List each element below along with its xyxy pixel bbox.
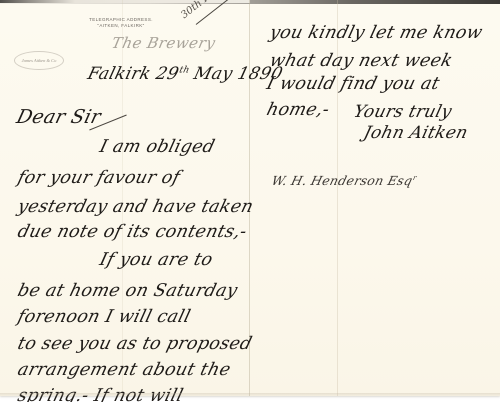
salutation: Dear Sir <box>14 106 103 128</box>
letter-scan: TELEGRAPHIC ADDRESS. "AITKEN, FALKIRK" J… <box>0 0 500 402</box>
body-line: for your favour of <box>16 168 183 188</box>
telegraphic-label: TELEGRAPHIC ADDRESS. <box>86 17 156 23</box>
body-line: forenoon I will call <box>16 307 193 327</box>
letter-date: Falkirk 29th May 1890 <box>86 64 285 84</box>
body-line: arrangement about the <box>16 360 233 380</box>
body-line: be at home on Saturday <box>16 281 240 301</box>
body-line: yesterday and have taken <box>16 197 256 217</box>
page-bottom-shadow <box>0 393 500 397</box>
scan-top-edge-left <box>0 0 250 3</box>
body-line: you kindly let me know <box>268 23 485 43</box>
letter-closing: Yours truly <box>352 102 454 122</box>
addressee-name: W. H. Henderson Esq <box>270 173 414 188</box>
body-line: home,- <box>265 100 332 120</box>
body-line: what day next week <box>268 51 455 71</box>
embossed-stamp: James Aitken & Co <box>14 51 64 70</box>
addressee-suffix: r <box>412 174 418 182</box>
addressee: W. H. Henderson Esqr <box>270 173 418 188</box>
engraved-heading: The Brewery <box>110 34 217 52</box>
body-line: I would find you at <box>265 74 442 94</box>
signature: John Aitken <box>362 123 471 143</box>
body-line: to see you as to proposed <box>16 334 255 354</box>
date-day-suffix: th <box>178 65 191 75</box>
stamp-text: James Aitken & Co <box>22 58 57 63</box>
date-place: Falkirk <box>86 64 153 84</box>
telegraphic-address: "AITKEN, FALKIRK" <box>86 23 156 29</box>
body-line: due note of its contents,- <box>16 222 249 242</box>
letterhead: TELEGRAPHIC ADDRESS. "AITKEN, FALKIRK" <box>86 17 156 28</box>
body-line: If you are to <box>98 250 215 270</box>
paper-sheet: TELEGRAPHIC ADDRESS. "AITKEN, FALKIRK" J… <box>0 0 500 396</box>
body-line: I am obliged <box>98 137 217 157</box>
